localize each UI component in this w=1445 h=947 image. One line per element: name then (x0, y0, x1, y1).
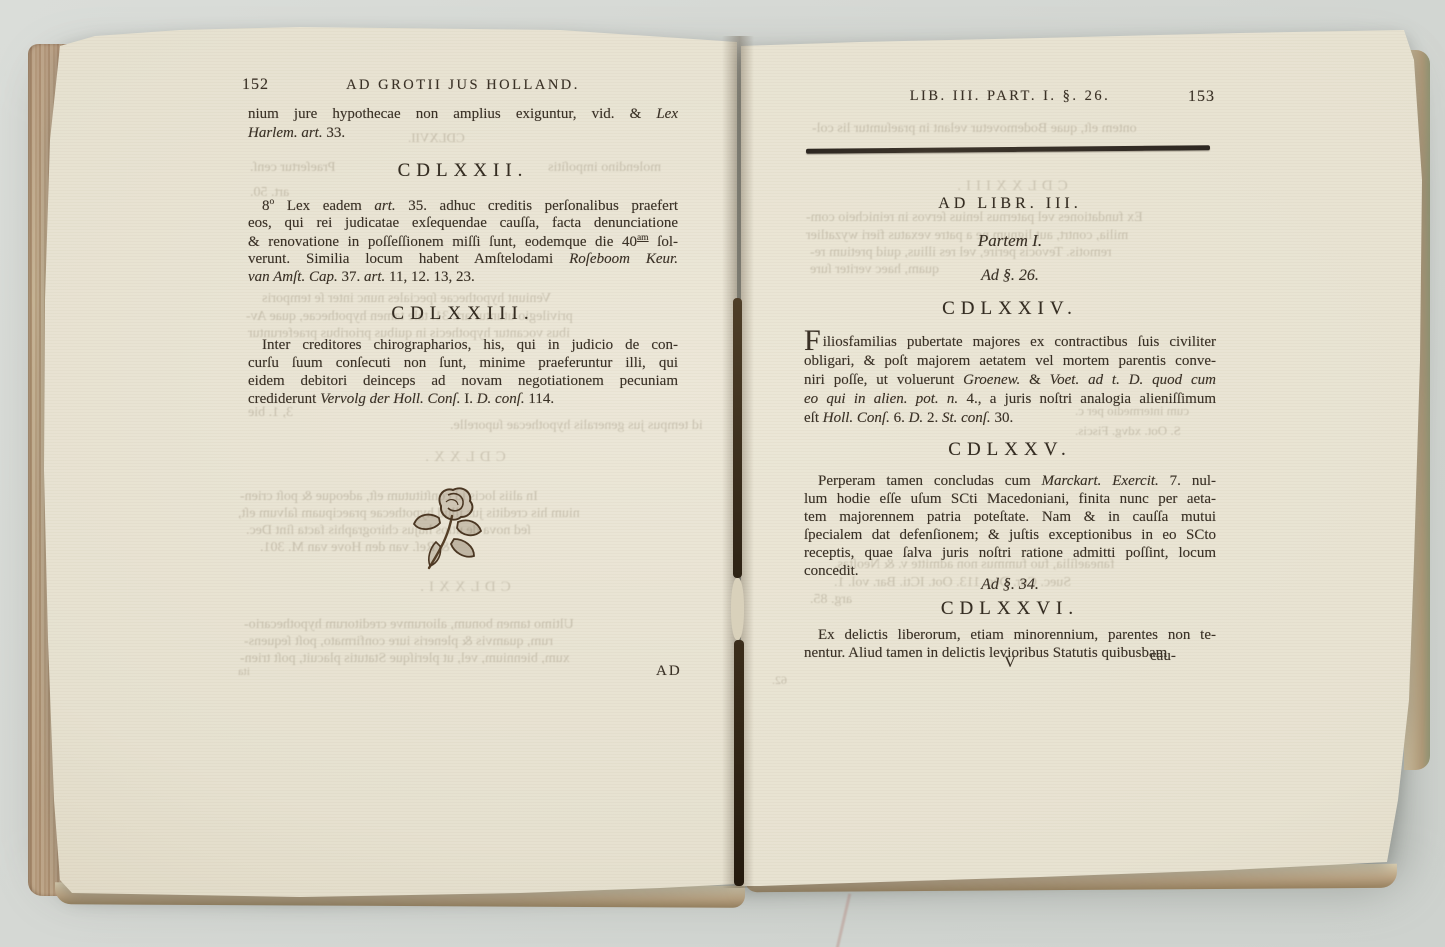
section-heading-cdlxxv: CDLXXV. (804, 439, 1216, 461)
running-header-right: LIB. III. PART. I. §. 26. (804, 88, 1216, 105)
antique-book-photo: CDLXVII. Praeſertur cenſ. molendino impo… (0, 0, 1445, 947)
showthrough-text: ontem eſt, quae Bodemovetur velant in pr… (812, 121, 1137, 137)
gutter-sewing-lower (734, 640, 744, 886)
catchword-right: cau- (1150, 648, 1176, 665)
body-line: tem majorennem patria poteſtate. Nam & i… (804, 509, 1216, 526)
body-line: receptis, quae ſalva juris noſtri ration… (804, 545, 1216, 562)
ad-section-34: Ad §. 34. (804, 576, 1216, 594)
section-divider-rule (806, 145, 1210, 154)
body-line: Perperam tamen concludas cum Marckart. E… (804, 473, 1216, 490)
showthrough-heading: CDLXXIII. (804, 178, 1216, 195)
gutter-sewing-upper (733, 298, 742, 578)
body-line: Ex delictis liberorum, etiam minorennium… (804, 627, 1216, 644)
part-heading: Partem I. (804, 231, 1216, 251)
body-line: niri poſſe, ut voluerunt Groenew. & Voet… (804, 372, 1216, 389)
body-line: eſt Holl. Conſ. 6. D. 2. St. conſ. 30. (804, 410, 1216, 427)
body-line: eo qui in alien. pot. n. 4., a juris noſ… (804, 391, 1216, 408)
ad-section-26: Ad §. 26. (804, 267, 1216, 285)
body-line: obligari, & poſt majorem aetatem vel mor… (804, 353, 1216, 370)
page-number-153: 153 (1188, 88, 1215, 106)
gutter-thread-gap (731, 578, 744, 640)
showthrough-text: 62. (772, 673, 787, 688)
section-heading-cdlxxiv: CDLXXIV. (804, 298, 1216, 320)
book-heading-ad-libr-iii: AD LIBR. III. (804, 195, 1216, 213)
body-line: ſpecialem dat defenſionem; & juſtis exce… (804, 527, 1216, 544)
body-line: lum hodie eſſe uſum SCti Macedoniani, fi… (804, 491, 1216, 508)
section-heading-cdlxxvi: CDLXXVI. (804, 598, 1216, 620)
body-line: Filiosfamilias pubertate majores ex cont… (804, 334, 1216, 351)
